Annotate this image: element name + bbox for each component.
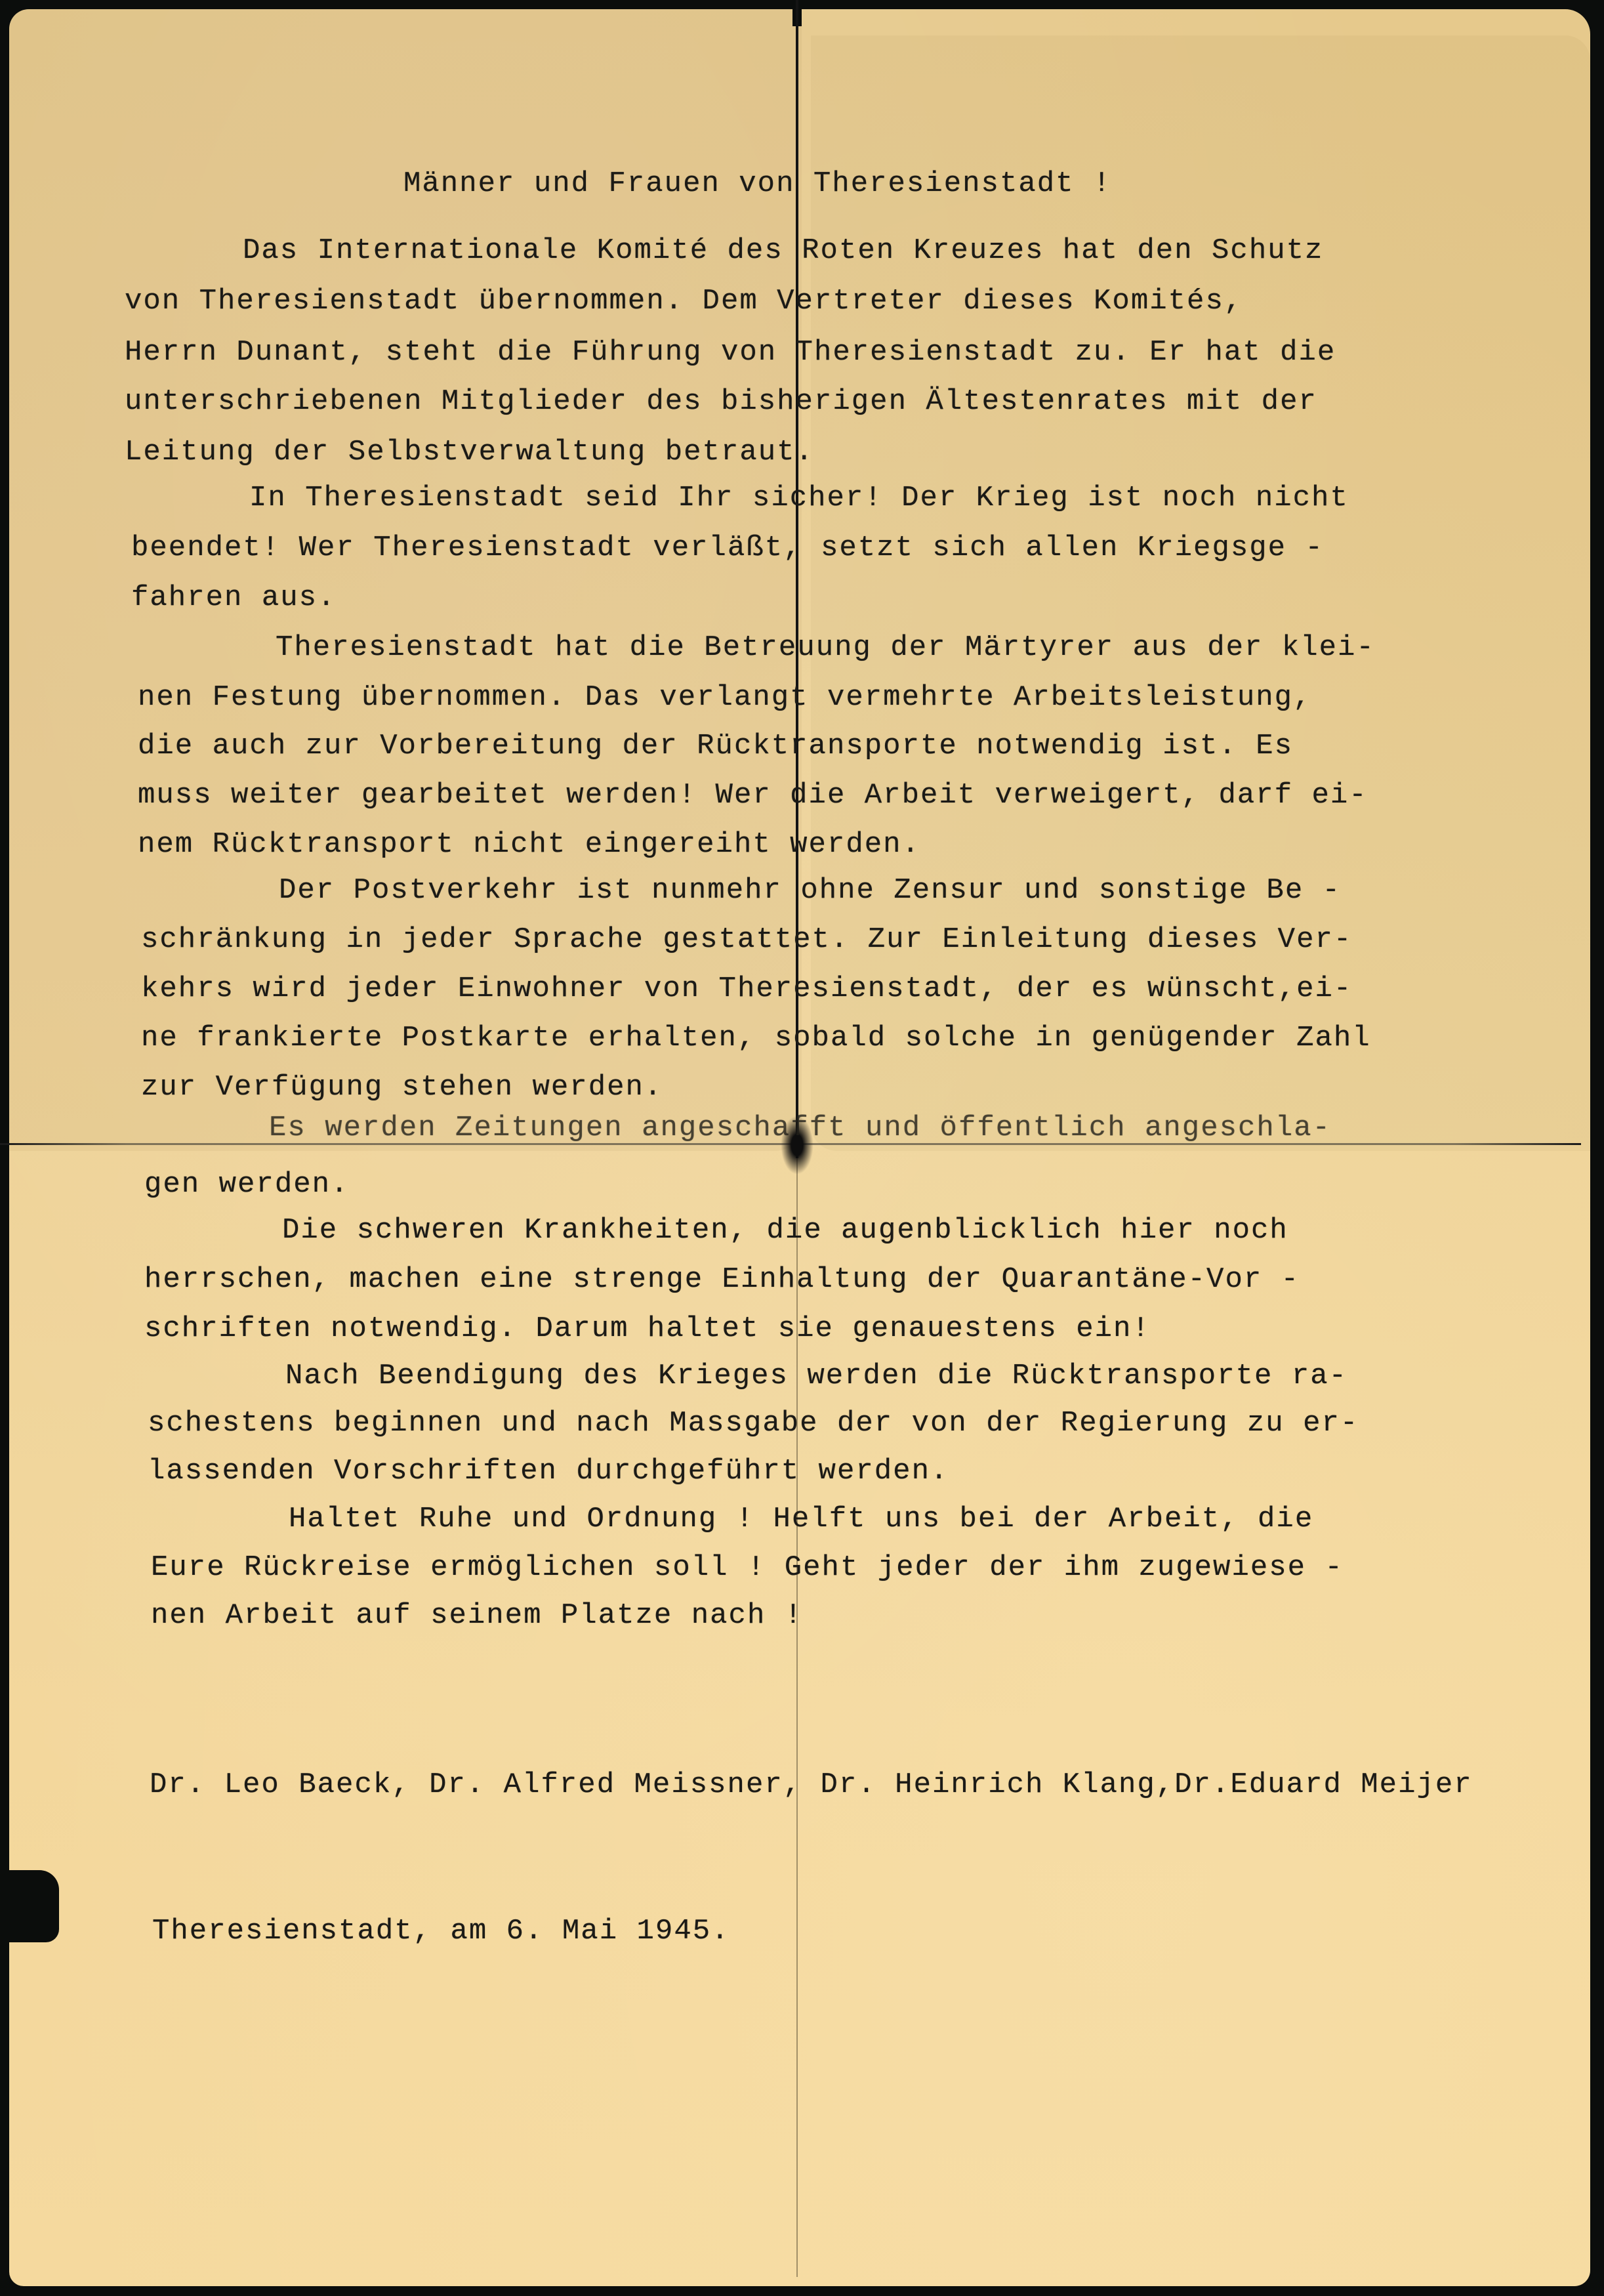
body-line: herrschen, machen eine strenge Einhaltun… xyxy=(144,1263,1300,1296)
body-line: von Theresienstadt übernommen. Dem Vertr… xyxy=(125,285,1243,318)
body-line: Die schweren Krankheiten, die augenblick… xyxy=(282,1214,1288,1247)
body-line: Es werden Zeitungen angeschafft und öffe… xyxy=(269,1112,1331,1144)
body-line: gen werden. xyxy=(144,1168,349,1201)
body-line: muss weiter gearbeitet werden! Wer die A… xyxy=(138,779,1368,812)
typed-text-block: Männer und Frauen von Theresienstadt ! D… xyxy=(0,0,37,262)
body-line: Leitung der Selbstverwaltung betraut. xyxy=(125,436,814,469)
body-line: fahren aus. xyxy=(131,581,336,614)
body-line: unterschriebenen Mitglieder des bisherig… xyxy=(125,385,1317,418)
body-line: nen Arbeit auf seinem Platze nach ! xyxy=(151,1599,803,1632)
body-line: Das Internationale Komité des Roten Kreu… xyxy=(243,234,1323,267)
body-line: die auch zur Vorbereitung der Rücktransp… xyxy=(138,730,1293,762)
body-line: Theresienstadt hat die Betreuung der Mär… xyxy=(276,631,1375,664)
torn-edge-notch xyxy=(0,1870,59,1942)
body-line: schränkung in jeder Sprache gestattet. Z… xyxy=(141,923,1352,956)
body-line: beendet! Wer Theresienstadt verläßt, set… xyxy=(131,532,1324,564)
body-line: Nach Beendigung des Krieges werden die R… xyxy=(285,1360,1347,1392)
body-line: nen Festung übernommen. Das verlangt ver… xyxy=(138,681,1311,714)
body-line: schriften notwendig. Darum haltet sie ge… xyxy=(144,1312,1151,1345)
body-line: kehrs wird jeder Einwohner von Theresien… xyxy=(141,972,1352,1005)
body-line: ne frankierte Postkarte erhalten, sobald… xyxy=(141,1022,1371,1054)
body-line: Eure Rückreise ermöglichen soll ! Geht j… xyxy=(151,1551,1344,1584)
body-line: In Theresienstadt seid Ihr sicher! Der K… xyxy=(249,482,1349,514)
body-line: zur Verfügung stehen werden. xyxy=(141,1071,663,1104)
body-line: Haltet Ruhe und Ordnung ! Helft uns bei … xyxy=(289,1503,1313,1535)
body-line: Der Postverkehr ist nunmehr ohne Zensur … xyxy=(279,874,1341,907)
body-line: lassenden Vorschriften durchgeführt werd… xyxy=(148,1455,949,1488)
document-title: Männer und Frauen von Theresienstadt ! xyxy=(403,167,1111,200)
place-and-date: Theresienstadt, am 6. Mai 1945. xyxy=(152,1915,730,1948)
body-line: Herrn Dunant, steht die Führung von Ther… xyxy=(125,336,1336,369)
body-line: schestens beginnen und nach Massgabe der… xyxy=(148,1407,1359,1440)
signatories: Dr. Leo Baeck, Dr. Alfred Meissner, Dr. … xyxy=(150,1768,1473,1801)
body-line: nem Rücktransport nicht eingereiht werde… xyxy=(138,828,920,861)
